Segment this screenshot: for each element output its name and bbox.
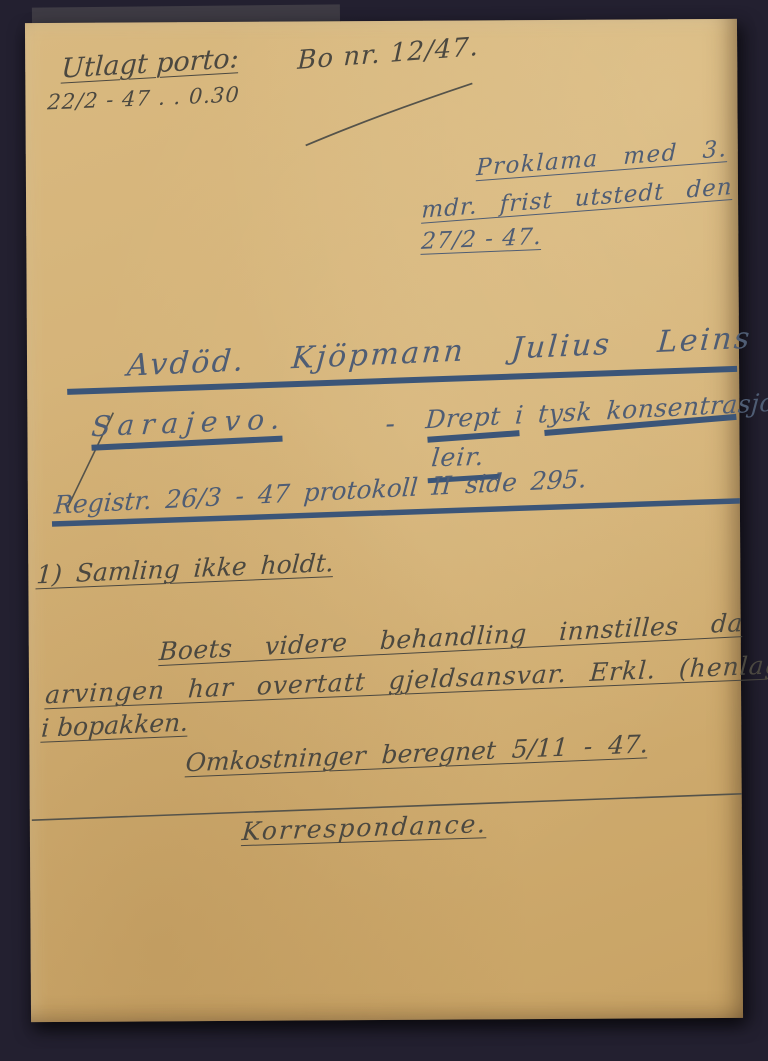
flourish-stroke (305, 83, 472, 145)
paper-sheet: Utlagt porto: 22/2 - 47 . . 0.30 Bo nr. … (25, 19, 743, 1022)
body-line3: i bopakken. (40, 708, 189, 743)
heavy-underline-cause-1 (427, 433, 519, 440)
scan-background: Utlagt porto: 22/2 - 47 . . 0.30 Bo nr. … (0, 0, 768, 1061)
cause-of-death-line2: leir. (430, 442, 486, 472)
proclamation-line3: 27/2 - 47. (421, 224, 543, 255)
ink-strokes-layer (25, 19, 743, 1023)
heading-separator: - (385, 407, 396, 440)
